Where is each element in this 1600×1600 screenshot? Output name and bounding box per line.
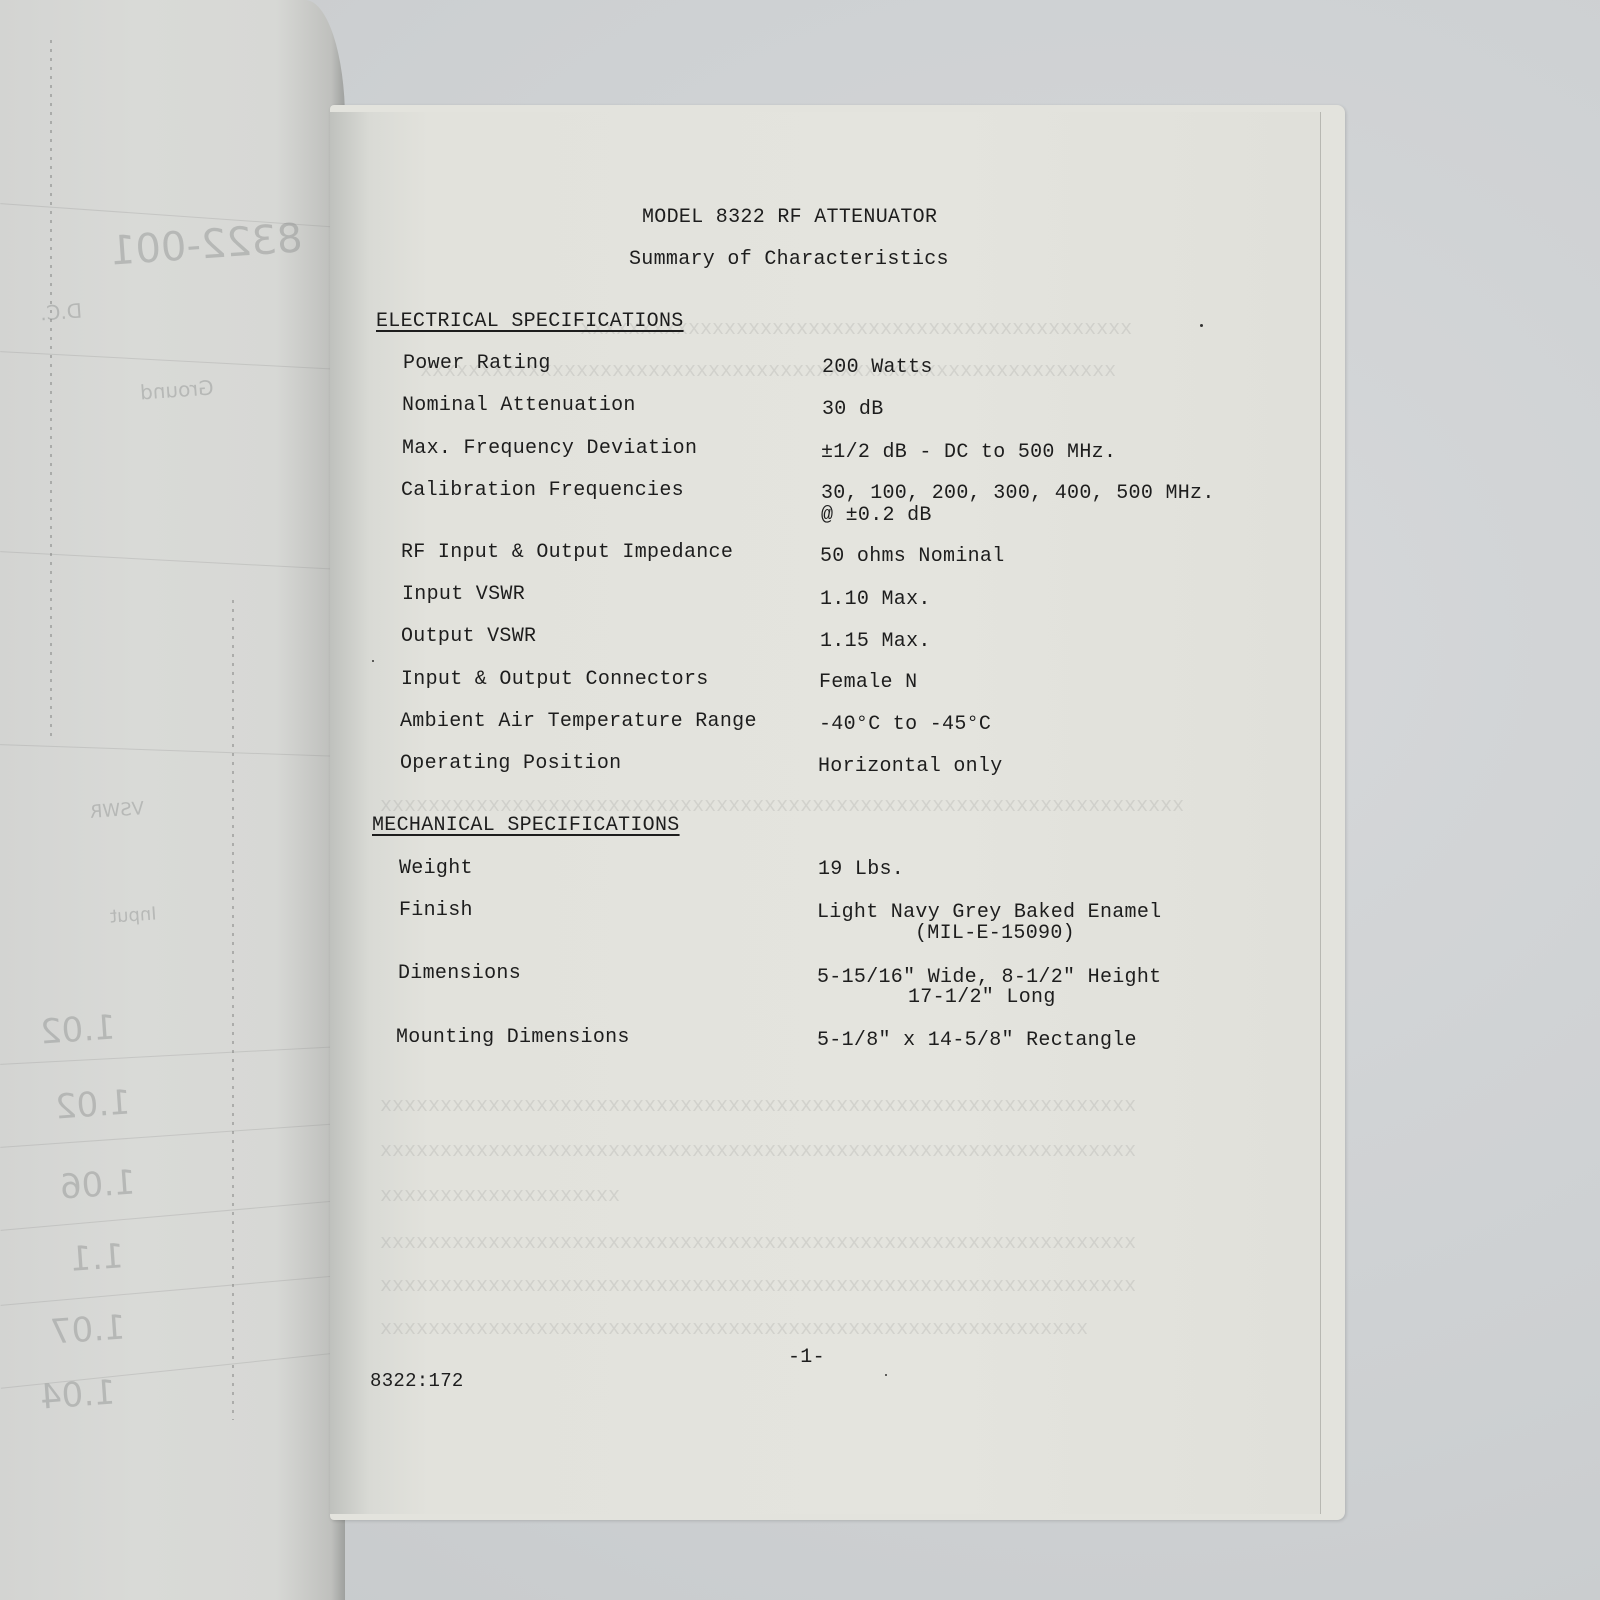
dotted-line: [232, 600, 234, 1420]
bleed-through: xxxxxxxxxxxxxxxxxxxxxxxxxxxxxxxxxxxxxxxx…: [380, 1095, 1136, 1118]
handwritten-value: 1.04: [39, 1372, 117, 1417]
spec-label: Power Rating: [403, 352, 551, 375]
spec-value: Light Navy Grey Baked Enamel: [817, 901, 1161, 924]
rule-line: [0, 744, 340, 757]
show-through-text: D.C.: [39, 299, 83, 326]
spec-value: 30, 100, 200, 300, 400, 500 MHz.: [821, 482, 1215, 505]
spec-label: Mounting Dimensions: [396, 1026, 630, 1049]
mechanical-specs-heading: MECHANICAL SPECIFICATIONS: [372, 814, 680, 837]
handwritten-value: 1.1: [69, 1236, 126, 1280]
spec-value: ±1/2 dB - DC to 500 MHz.: [821, 441, 1116, 464]
spec-label: Operating Position: [400, 752, 621, 775]
spec-value: 1.15 Max.: [820, 630, 931, 653]
spec-label: Input VSWR: [402, 583, 525, 606]
dotted-line: [50, 40, 52, 740]
spec-label: RF Input & Output Impedance: [401, 541, 733, 564]
bleed-through: xxxxxxxxxxxxxxxxxxxxxxxxxxxxxxxxxxxxxxxx…: [380, 1232, 1136, 1255]
photo-scene: 8322-001 D.C. Ground VSWR Input 1.02 1.0…: [0, 0, 1600, 1600]
spec-value: 1.10 Max.: [820, 588, 931, 611]
spec-value: 50 ohms Nominal: [820, 545, 1005, 568]
document-subtitle: Summary of Characteristics: [629, 248, 949, 271]
spec-value: 200 Watts: [822, 356, 933, 379]
spec-label: Calibration Frequencies: [401, 479, 684, 502]
handwritten-value: 1.06: [59, 1162, 137, 1207]
spec-value: -40°C to -45°C: [819, 713, 991, 736]
spec-value: 19 Lbs.: [818, 858, 904, 881]
handwritten-value: 1.02: [39, 1007, 117, 1052]
spec-label: Input & Output Connectors: [401, 668, 709, 691]
spec-value-continued: 17-1/2" Long: [908, 986, 1056, 1009]
handwritten-value: 1.02: [54, 1082, 132, 1127]
handwritten-value: 1.07: [49, 1307, 127, 1352]
spec-label: Ambient Air Temperature Range: [400, 710, 757, 733]
document-title: MODEL 8322 RF ATTENUATOR: [642, 206, 937, 229]
show-through-text: VSWR: [89, 798, 144, 823]
speck: [372, 660, 374, 662]
spec-value: 5-1/8" x 14-5/8" Rectangle: [817, 1029, 1137, 1052]
spec-label: Dimensions: [398, 962, 521, 985]
spec-label: Output VSWR: [401, 625, 536, 648]
spec-label: Finish: [399, 899, 473, 922]
bleed-through: xxxxxxxxxxxxxxxxxxxxxxxxxxxxxxxxxxxxxxxx…: [380, 1275, 1136, 1298]
spec-label: Weight: [399, 857, 473, 880]
left-facing-page: 8322-001 D.C. Ground VSWR Input 1.02 1.0…: [0, 0, 345, 1600]
spec-value: Female N: [819, 671, 917, 694]
bleed-through: xxxxxxxxxxxxxxxxxxxx: [380, 1185, 620, 1208]
spec-label: Nominal Attenuation: [402, 394, 636, 417]
page-number: -1-: [788, 1346, 825, 1369]
spec-label: Max. Frequency Deviation: [402, 437, 697, 460]
spec-value: 30 dB: [822, 398, 884, 421]
document-code: 8322:172: [370, 1370, 464, 1392]
spec-value-continued: @ ±0.2 dB: [821, 504, 932, 527]
rule-line: [1, 1275, 340, 1306]
bleed-through: xxxxxxxxxxxxxxxxxxxxxxxxxxxxxxxxxxxxxxxx…: [380, 1318, 1088, 1341]
rule-line: [0, 1123, 339, 1148]
electrical-specs-heading: ELECTRICAL SPECIFICATIONS: [376, 310, 684, 333]
show-through-text: Input: [109, 903, 157, 927]
spec-value-continued: (MIL-E-15090): [915, 922, 1075, 945]
handwritten-header: 8322-001: [109, 215, 304, 274]
speck: [885, 1374, 887, 1376]
speck: [1200, 324, 1203, 327]
rule-line: [1, 1200, 340, 1231]
show-through-text: Ground: [139, 375, 214, 404]
bleed-through: xxxxxxxxxxxxxxxxxxxxxxxxxxxxxxxxxxxxxxxx…: [380, 1140, 1136, 1163]
spec-value: Horizontal only: [818, 755, 1003, 778]
